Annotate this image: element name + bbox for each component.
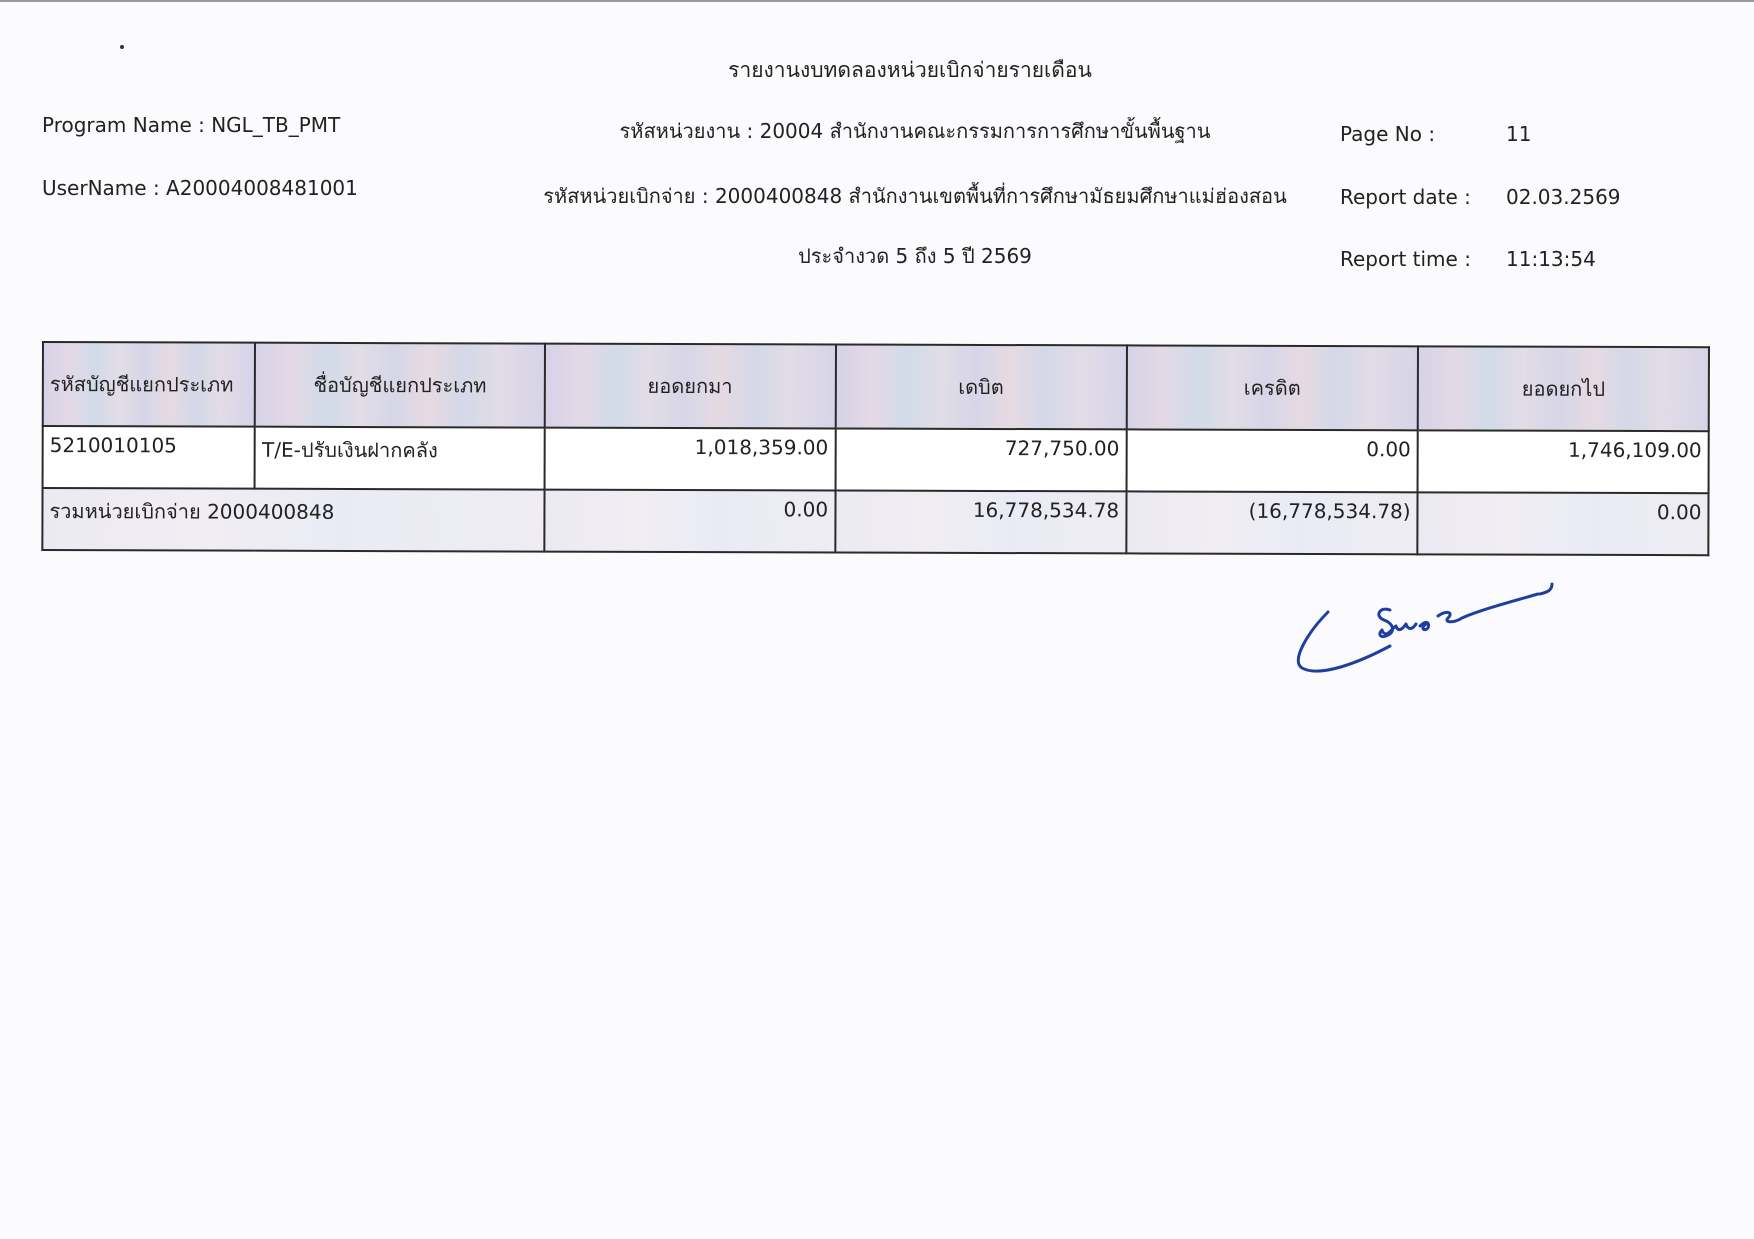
table-header-row: รหัสบัญชีแยกประเภท ชื่อบัญชีแยกประเภท ยอ… — [43, 342, 1709, 431]
handwritten-signature — [1290, 570, 1570, 680]
header-debit: เดบิต — [835, 344, 1126, 429]
trial-balance-table: รหัสบัญชีแยกประเภท ชื่อบัญชีแยกประเภท ยอ… — [41, 341, 1710, 556]
scan-speck — [120, 45, 124, 49]
report-time-value: 11:13:54 — [1506, 247, 1596, 271]
header-account-name: ชื่อบัญชีแยกประเภท — [255, 343, 545, 428]
total-brought-forward: 0.00 — [544, 490, 835, 553]
header-account-code: รหัสบัญชีแยกประเภท — [43, 342, 256, 427]
total-label: รวมหน่วยเบิกจ่าย 2000400848 — [42, 488, 544, 552]
report-title: รายงานงบทดลองหน่วยเบิกจ่ายรายเดือน — [0, 54, 1754, 87]
scan-edge-line — [0, 0, 1754, 2]
cell-debit: 727,750.00 — [835, 428, 1126, 491]
page-no-value: 11 — [1506, 122, 1531, 146]
report-time-label: Report time : — [1340, 247, 1471, 271]
total-debit: 16,778,534.78 — [835, 490, 1126, 553]
total-credit: (16,778,534.78) — [1126, 491, 1418, 554]
cell-brought-forward: 1,018,359.00 — [544, 428, 835, 491]
total-carried-forward: 0.00 — [1417, 492, 1708, 555]
program-name: Program Name : NGL_TB_PMT — [42, 113, 340, 137]
cell-carried-forward: 1,746,109.00 — [1418, 430, 1709, 493]
cell-account-code: 5210010105 — [43, 426, 256, 489]
report-date-value: 02.03.2569 — [1506, 185, 1621, 209]
total-row: รวมหน่วยเบิกจ่าย 2000400848 0.00 16,778,… — [42, 488, 1708, 555]
table-row: 5210010105 T/E-ปรับเงินฝากคลัง 1,018,359… — [43, 426, 1709, 493]
agency-line: รหัสหน่วยงาน : 20004 สำนักงานคณะกรรมการก… — [480, 115, 1350, 147]
disbursing-unit-line: รหัสหน่วยเบิกจ่าย : 2000400848 สำนักงานเ… — [480, 180, 1350, 212]
header-credit: เครดิต — [1126, 345, 1418, 430]
header-brought-forward: ยอดยกมา — [545, 344, 836, 429]
period-line: ประจำงวด 5 ถึง 5 ปี 2569 — [480, 240, 1350, 272]
header-carried-forward: ยอดยกไป — [1418, 346, 1709, 431]
report-date-label: Report date : — [1340, 185, 1471, 209]
cell-credit: 0.00 — [1126, 429, 1418, 492]
page-no-label: Page No : — [1340, 122, 1435, 146]
user-name: UserName : A20004008481001 — [42, 176, 358, 200]
cell-account-name: T/E-ปรับเงินฝากคลัง — [255, 427, 545, 490]
